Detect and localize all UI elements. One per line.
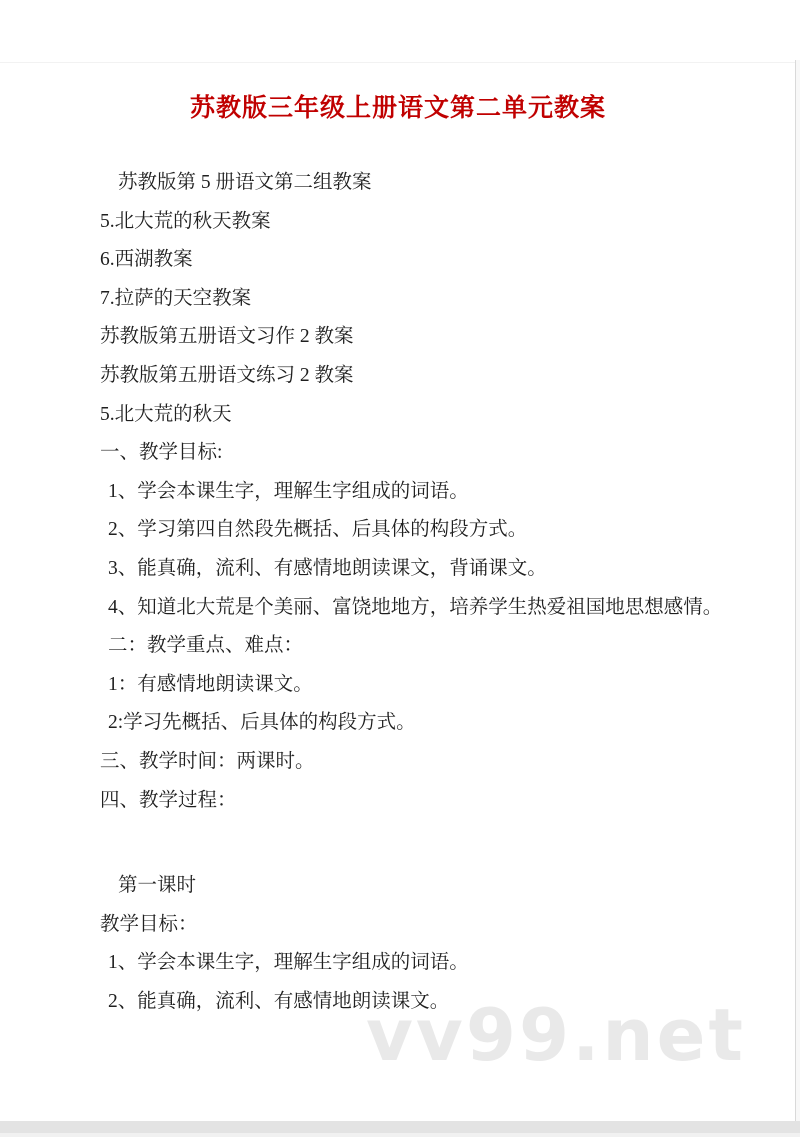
- paragraph-line: 4、知道北大荒是个美丽、富饶地地方，培养学生热爱祖国地思想感情。: [100, 589, 760, 628]
- page-bottom-gap: [0, 1121, 800, 1133]
- paragraph-line: 一、教学目标:: [100, 434, 760, 473]
- paragraph-line: 第一课时: [100, 867, 760, 906]
- paragraph-line: 苏教版第五册语文练习 2 教案: [100, 357, 760, 396]
- page-right-margin: [796, 60, 800, 1121]
- paragraph-line: 2、学习第四自然段先概括、后具体的构段方式。: [100, 511, 760, 550]
- paragraph-line: 1、学会本课生字，理解生字组成的词语。: [100, 473, 760, 512]
- paragraph-line: 四、教学过程：: [100, 782, 760, 821]
- paragraph-line: 6.西湖教案: [100, 241, 760, 280]
- paragraph-line: 1：有感情地朗读课文。: [100, 666, 760, 705]
- paragraph-line: 三、教学时间：两课时。: [100, 743, 760, 782]
- paragraph-line: 7.拉萨的天空教案: [100, 280, 760, 319]
- document-title: 苏教版三年级上册语文第二单元教案: [0, 88, 796, 124]
- paragraph-line: 3、能真确，流利、有感情地朗读课文，背诵课文。: [100, 550, 760, 589]
- paragraph-line: 教学目标：: [100, 906, 760, 945]
- paragraph-line: 苏教版第五册语文习作 2 教案: [100, 318, 760, 357]
- blank-line: [100, 820, 760, 867]
- paragraph-line: 二：教学重点、难点：: [100, 627, 760, 666]
- document-body: 苏教版第 5 册语文第二组教案5.北大荒的秋天教案6.西湖教案7.拉萨的天空教案…: [100, 164, 760, 1021]
- paragraph-line: 1、学会本课生字，理解生字组成的词语。: [100, 944, 760, 983]
- paragraph-line: 苏教版第 5 册语文第二组教案: [100, 164, 760, 203]
- paragraph-line: 5.北大荒的秋天教案: [100, 203, 760, 242]
- document-page: 苏教版三年级上册语文第二单元教案 苏教版第 5 册语文第二组教案5.北大荒的秋天…: [0, 0, 800, 1137]
- paragraph-line: 2:学习先概括、后具体的构段方式。: [100, 704, 760, 743]
- next-page-top-edge: [0, 1133, 800, 1137]
- paragraph-line: 5.北大荒的秋天: [100, 396, 760, 435]
- page-top-edge: [0, 62, 796, 63]
- paragraph-line: 2、能真确，流利、有感情地朗读课文。: [100, 983, 760, 1022]
